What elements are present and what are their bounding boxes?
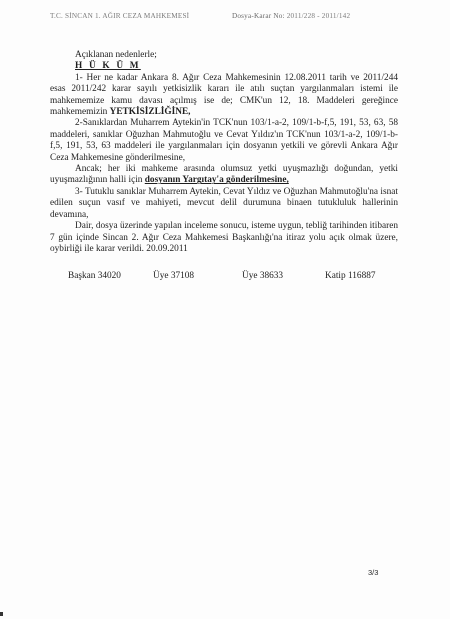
document-body: Açıklanan nedenlerle; H Ü K Ü M 1- Her n… [50,50,398,255]
paragraph-2: 2-Sanıklardan Muharrem Aytekin'in TCK'nu… [50,118,398,164]
paragraph-5: Dair, dosya üzerinde yapılan inceleme so… [50,221,398,255]
signature-member-2: Üye 38633 [242,271,283,281]
scan-artifact [0,612,3,616]
court-name-header: T.C. SİNCAN 1. AĞIR CEZA MAHKEMESİ [50,12,189,20]
signature-clerk: Katip 116887 [325,271,376,281]
paragraph-3-bold-underlined: dosyanın Yargıtay'a gönderilmesine, [145,175,289,185]
paragraph-4: 3- Tutuklu sanıklar Muharrem Aytekin, Ce… [50,187,398,221]
intro-line: Açıklanan nedenlerle; [50,50,398,61]
paragraph-1-text: 1- Her ne kadar Ankara 8. Ağır Ceza Mahk… [50,73,398,117]
paragraph-1: 1- Her ne kadar Ankara 8. Ağır Ceza Mahk… [50,73,398,119]
paragraph-1-bold: YETKİSİZLİĞİNE, [110,107,191,117]
file-number-header: Dosya-Karar No: 2011/228 - 2011/142 [232,12,350,20]
signature-president: Başkan 34020 [68,271,121,281]
paragraph-3: Ancak; her iki mahkeme arasında olumsuz … [50,164,398,187]
page-number: 3/3 [368,568,378,577]
document-page: T.C. SİNCAN 1. AĞIR CEZA MAHKEMESİ Dosya… [0,0,450,619]
signature-member-1: Üye 37108 [153,271,194,281]
file-number-label: Dosya-Karar No: [232,12,285,20]
verdict-heading: H Ü K Ü M [50,61,398,72]
file-number-value: 2011/228 - 2011/142 [287,12,351,20]
